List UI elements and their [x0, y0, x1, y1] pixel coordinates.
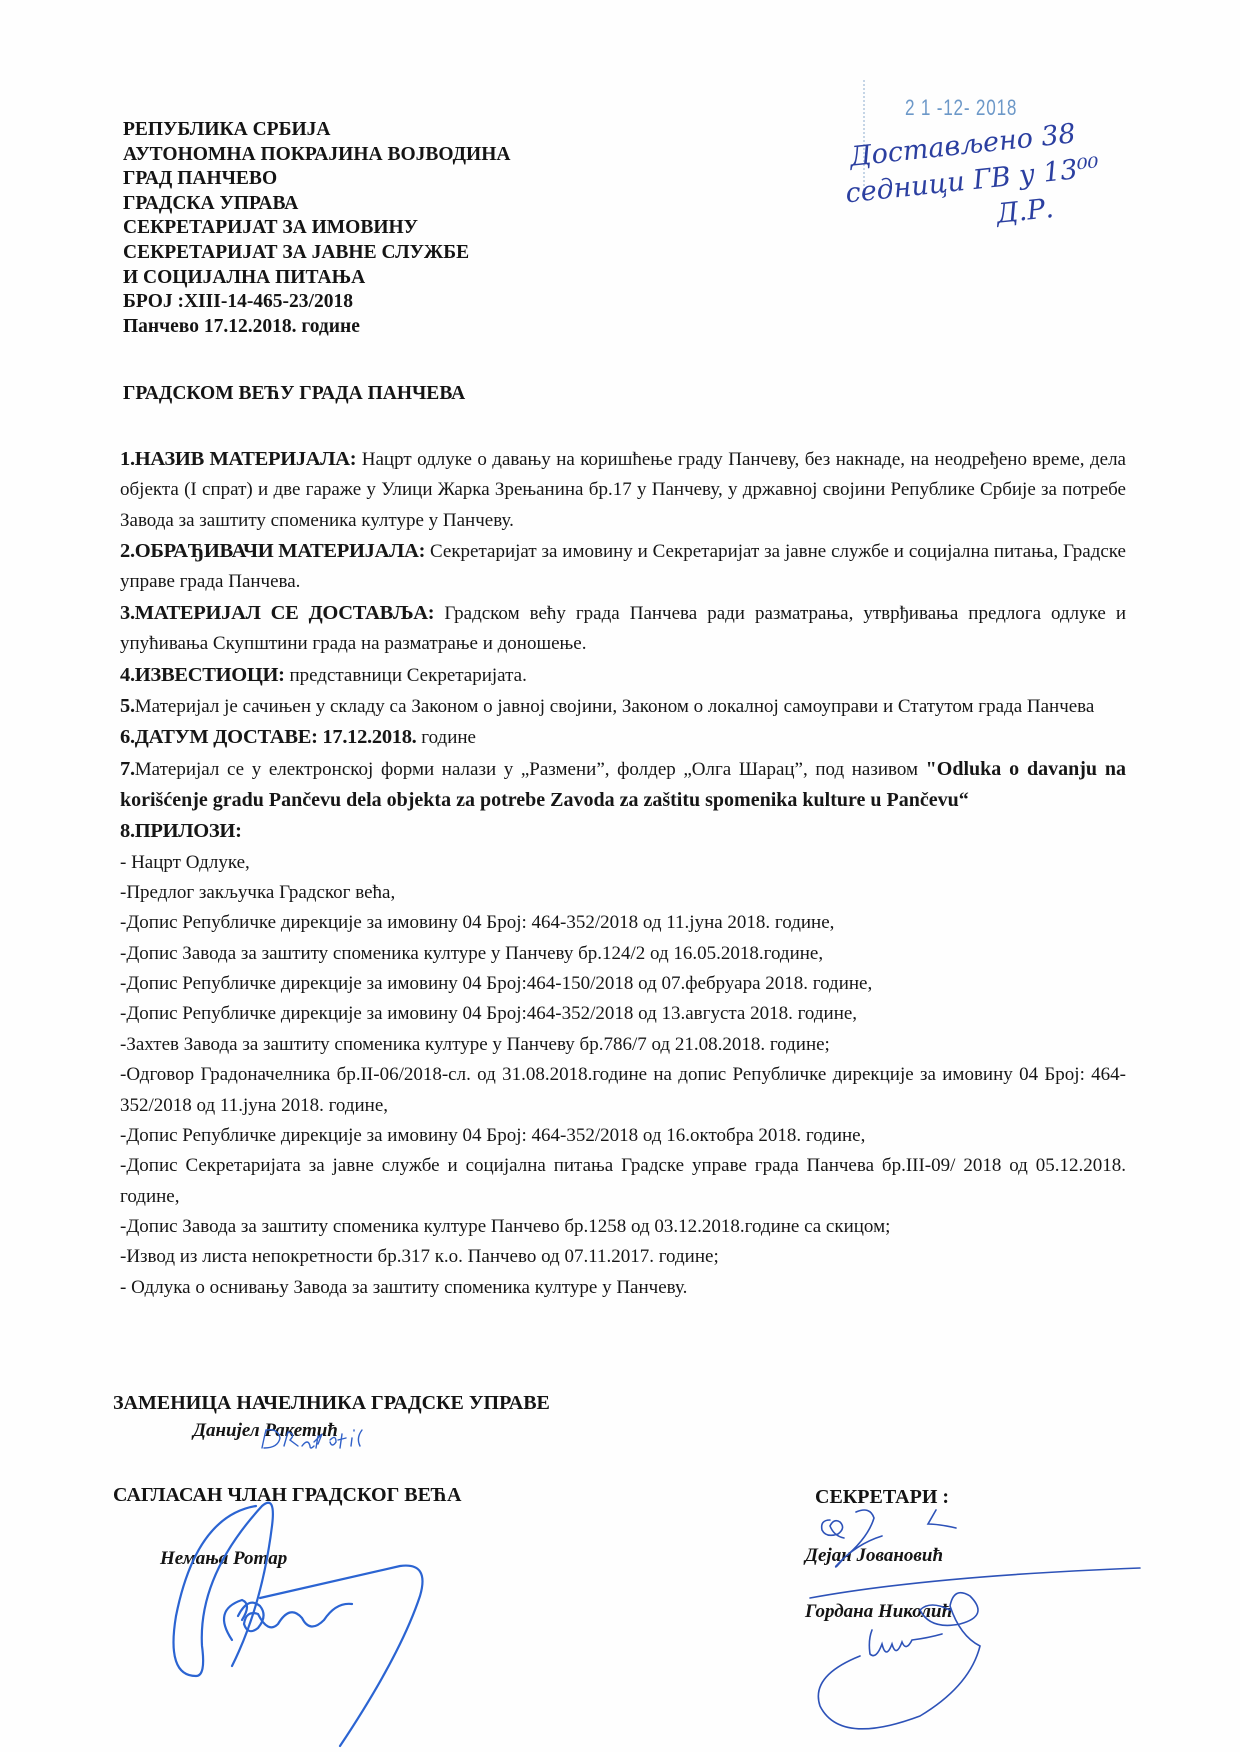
section-2: 2.ОБРАЂИВАЧИ МАТЕРИЈАЛА: Секретаријат за… — [120, 536, 1126, 598]
deputy-head-title: ЗАМЕНИЦА НАЧЕЛНИКА ГРАДСКЕ УПРАВЕ — [113, 1392, 550, 1415]
document-number: БРОЈ :XIII-14-465-23/2018 — [123, 290, 510, 315]
attachment-item: -Допис Републичке дирекције за имовину 0… — [120, 969, 1126, 999]
attachment-item: -Одговор Градоначелника бр.II-06/2018-сл… — [120, 1060, 1126, 1121]
handwritten-note: Достављено 38 седници ГВ у 13⁰⁰ Д.Р. — [848, 114, 1105, 247]
attachment-item: -Допис Републичке дирекције за имовину 0… — [120, 999, 1126, 1029]
section-2-label: 2.ОБРАЂИВАЧИ МАТЕРИЈАЛА: — [120, 540, 425, 562]
letterhead-line: СЕКРЕТАРИЈАТ ЗА ЈАВНЕ СЛУЖБЕ — [123, 241, 510, 266]
letterhead-line: И СОЦИЈАЛНА ПИТАЊА — [123, 266, 510, 291]
letterhead-line: СЕКРЕТАРИЈАТ ЗА ИМОВИНУ — [123, 216, 510, 241]
section-4-text: представници Секретаријата. — [285, 665, 527, 686]
section-4-label: 4.ИЗВЕСТИОЦИ: — [120, 664, 285, 686]
attachments-list: - Нацрт Одлуке, -Предлог закључка Градск… — [120, 848, 1126, 1303]
receipt-stamp-date: 2 1 -12- 2018 — [905, 95, 1017, 121]
attachment-item: -Допис Републичке дирекције за имовину 0… — [120, 908, 1126, 938]
document-date: Панчево 17.12.2018. године — [123, 315, 510, 340]
section-6: 6.ДАТУМ ДОСТАВЕ: 17.12.2018. године — [120, 722, 1126, 753]
attachment-item: - Одлука о оснивању Завода за заштиту сп… — [120, 1273, 1126, 1303]
section-7: 7.Материјал се у електронској форми нала… — [120, 754, 1126, 817]
council-member-title: САГЛАСАН ЧЛАН ГРАДСКОГ ВЕЋА — [113, 1484, 461, 1507]
secretary-2-name: Гордана Николић — [805, 1601, 952, 1623]
letterhead-line: ГРАД ПАНЧЕВО — [123, 167, 510, 192]
section-3-label: 3.МАТЕРИЈАЛ СЕ ДОСТАВЉА: — [120, 602, 434, 624]
secretaries-title: СЕКРЕТАРИ : — [815, 1486, 949, 1509]
attachment-item: -Допис Републичке дирекције за имовину 0… — [120, 1121, 1126, 1151]
letterhead-line: ГРАДСКА УПРАВА — [123, 192, 510, 217]
letterhead-line: АУТОНОМНА ПОКРАЈИНА ВОЈВОДИНА — [123, 143, 510, 168]
section-8: 8.ПРИЛОЗИ: — [120, 816, 1126, 847]
section-6-label: 6.ДАТУМ ДОСТАВЕ: 17.12.2018. — [120, 726, 417, 748]
attachment-item: -Извод из листа непокретности бр.317 к.о… — [120, 1242, 1126, 1272]
section-7-text: Материјал се у електронској форми налази… — [135, 759, 926, 780]
letterhead: РЕПУБЛИКА СРБИЈА АУТОНОМНА ПОКРАЈИНА ВОЈ… — [123, 118, 510, 339]
council-member-signature-icon — [174, 1503, 423, 1746]
section-8-label: 8.ПРИЛОЗИ: — [120, 820, 242, 842]
attachment-item: -Захтев Завода за заштиту споменика култ… — [120, 1030, 1126, 1060]
section-7-label: 7. — [120, 758, 135, 780]
document-page: РЕПУБЛИКА СРБИЈА АУТОНОМНА ПОКРАЈИНА ВОЈ… — [0, 0, 1240, 1752]
section-4: 4.ИЗВЕСТИОЦИ: представници Секретаријата… — [120, 660, 1126, 691]
letterhead-line: РЕПУБЛИКА СРБИЈА — [123, 118, 510, 143]
section-5-text: Материјал је сачињен у складу са Законом… — [135, 696, 1095, 717]
section-1-label: 1.НАЗИВ МАТЕРИЈАЛА: — [120, 448, 356, 470]
attachment-item: -Предлог закључка Градског већа, — [120, 878, 1126, 908]
section-5: 5.Материјал је сачињен у складу са Закон… — [120, 691, 1126, 722]
section-3: 3.МАТЕРИЈАЛ СЕ ДОСТАВЉА: Градском већу г… — [120, 598, 1126, 660]
section-1: 1.НАЗИВ МАТЕРИЈАЛА: Нацрт одлуке о давањ… — [120, 444, 1126, 536]
council-member-name: Немања Ротар — [160, 1548, 287, 1570]
attachment-item: - Нацрт Одлуке, — [120, 848, 1126, 878]
section-6-text: године — [417, 727, 476, 748]
secretary-1-name: Дејан Јовановић — [805, 1545, 943, 1567]
attachment-item: -Допис Завода за заштиту споменика култу… — [120, 939, 1126, 969]
document-body: 1.НАЗИВ МАТЕРИЈАЛА: Нацрт одлуке о давањ… — [120, 444, 1126, 1303]
addressee: ГРАДСКОМ ВЕЋУ ГРАДА ПАНЧЕВА — [123, 383, 465, 405]
deputy-head-name: Данијел Ракетић — [193, 1420, 338, 1442]
attachment-item: -Допис Секретаријата за јавне службе и с… — [120, 1151, 1126, 1212]
secretary-2-signature-icon — [810, 1568, 1140, 1729]
attachment-item: -Допис Завода за заштиту споменика култу… — [120, 1212, 1126, 1242]
section-5-label: 5. — [120, 695, 135, 717]
